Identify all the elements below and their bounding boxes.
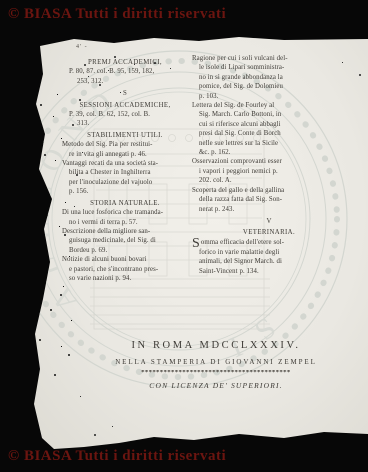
index-line: P. 80, 87. col. B. 95, 159, 182,: [62, 67, 188, 76]
index-line: Somma efficacia dell'etere sol-: [192, 238, 346, 248]
index-line: cui si riferisce alcuni abbagli: [192, 120, 346, 129]
index-line: i vapori i peggiori nemici p.: [192, 167, 346, 176]
imprint-place-year: IN ROMA MDCCLXXXIV.: [88, 340, 344, 351]
index-line: e pastori, che s'incontrano pres-: [62, 265, 188, 274]
index-line: guisuga medicinale, del Sig. di: [62, 236, 188, 245]
copyright-watermark-bottom: © BIASA Tutti i diritti riservati: [8, 447, 226, 465]
index-line: 313.: [62, 119, 188, 128]
index-line: Bordeu p. 69.: [62, 246, 188, 255]
section-letter: V: [192, 217, 346, 226]
index-line: per l'inoculazione del vajuolo: [62, 178, 188, 187]
index-heading: SESSIONI ACCADEMICHE,: [62, 101, 188, 110]
section-letter: S: [62, 89, 188, 98]
scanned-book-page-screenshot: © BIASA Tutti i diritti riservati: [0, 0, 368, 472]
index-heading: VETERINARIA.: [192, 228, 346, 237]
index-line: Notizie di alcuni buoni bovari: [62, 255, 188, 264]
index-column-left: PREMJ ACCADEMICI, P. 80, 87. col. B. 95,…: [62, 56, 188, 283]
index-line: P. 39, col. B. 62, 152, col. B.: [62, 110, 188, 119]
index-line: Osservazioni comprovanti esser: [192, 157, 346, 166]
index-line: bilita a Chester in Inghilterra: [62, 168, 188, 177]
index-heading: STABILIMENTI UTILI.: [62, 131, 188, 140]
index-line: 202. col. A.: [192, 176, 346, 185]
index-line: nerat p. 243.: [192, 205, 346, 214]
index-line: Metodo del Sig. Pia per restitui-: [62, 140, 188, 149]
index-line: presi dal Sig. Conte di Borch: [192, 129, 346, 138]
index-line: della razza fatta dal Sig. Son-: [192, 195, 346, 204]
index-line: p. 103.: [192, 92, 346, 101]
book-page: D N O C E L A S I 4' - PREMJ ACCADEMICI,…: [24, 34, 368, 450]
index-line: Descrizione della migliore san-: [62, 227, 188, 236]
index-line: pomice, del Sig. de Dolomieu: [192, 82, 346, 91]
index-heading: STORIA NATURALE.: [62, 199, 188, 208]
index-line: no i vermi di terra p. 57.: [62, 218, 188, 227]
index-line: animali, del Signor March. di: [192, 257, 346, 266]
stamp-letter: A: [45, 280, 85, 317]
ornament-divider: ****************************************: [88, 370, 344, 376]
drop-cap-initial: S: [192, 240, 200, 248]
index-line: Saint-Vincent p. 134.: [192, 267, 346, 276]
imprint-colophon: IN ROMA MDCCLXXXIV. NELLA STAMPERIA DI G…: [88, 340, 344, 390]
stamp-letter: E: [24, 221, 57, 242]
scan-noise-specks: [24, 34, 25, 35]
index-line: no in sì grande abbondanza la: [192, 73, 346, 82]
index-line: so varie nazioni p. 94.: [62, 274, 188, 283]
index-line: p. 156.: [62, 187, 188, 196]
index-line: Di una luce fosforica che tramanda-: [62, 208, 188, 217]
copyright-watermark-top: © BIASA Tutti i diritti riservati: [8, 5, 226, 23]
imprint-license: CON LICENZA DE' SUPERIORI.: [88, 381, 344, 390]
index-line: &c. p. 162.: [192, 148, 346, 157]
index-column-right: Ragione per cui i soli vulcani del- le i…: [192, 54, 346, 276]
index-line: Lettera del Sig. de Fourley al: [192, 101, 346, 110]
index-line: forico in varie malattie degli: [192, 248, 346, 257]
index-line: Sig. March. Carlo Bottoni, in: [192, 110, 346, 119]
handwritten-page-mark: 4' -: [76, 44, 88, 50]
index-line: le isole di Lipari somministra-: [192, 63, 346, 72]
index-heading: PREMJ ACCADEMICI,: [62, 58, 188, 67]
index-line: re in vita gli annegati p. 46.: [62, 150, 188, 159]
index-line: Scoperta del gallo e della gallina: [192, 186, 346, 195]
scan-noise-specks: [24, 34, 26, 36]
index-line: 253, 312.: [62, 77, 188, 86]
index-line-text: omma efficacia dell'etere sol-: [201, 239, 284, 246]
stamp-letter: C: [24, 182, 60, 207]
index-line: Vantaggi recati da una società sta-: [62, 159, 188, 168]
index-line: Ragione per cui i soli vulcani del-: [192, 54, 346, 63]
index-line: nelle sue lettres sur la Sicile: [192, 139, 346, 148]
imprint-printer: NELLA STAMPERIA DI GIOVANNI ZEMPEL: [88, 358, 344, 366]
